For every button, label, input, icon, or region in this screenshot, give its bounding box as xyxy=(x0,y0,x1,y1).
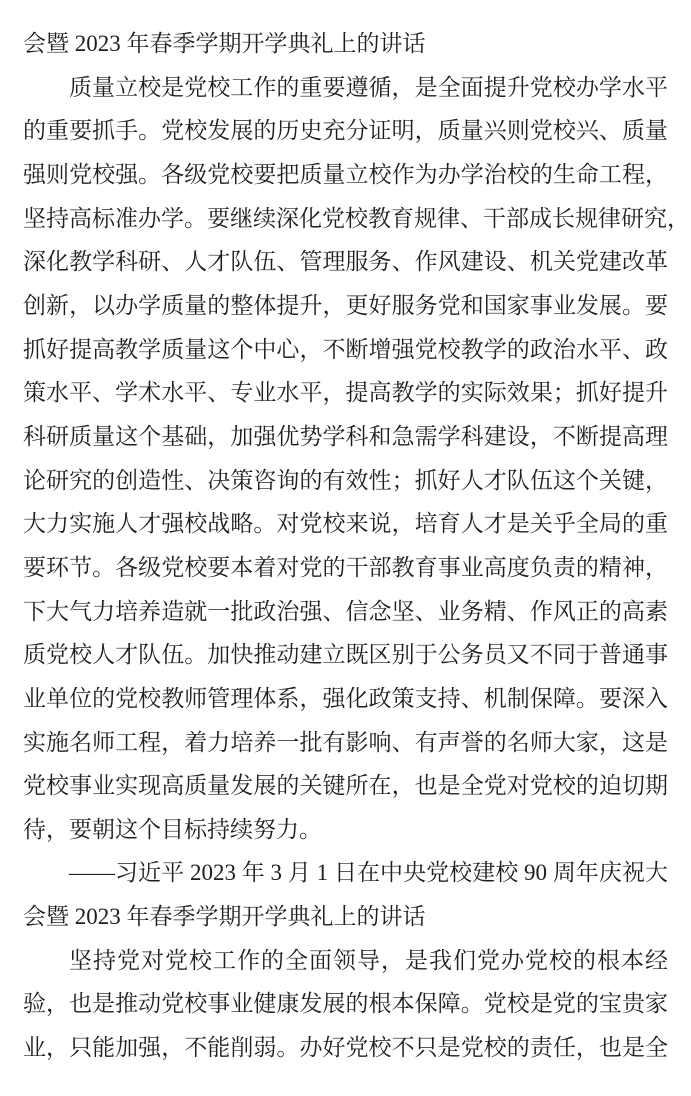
text-line: 会暨 2023 年春季学期开学典礼上的讲话 xyxy=(23,895,668,939)
text-line: 策水平、学术水平、专业水平，提高教学的实际效果；抓好提升 xyxy=(23,371,668,415)
text-line: 抓好提高教学质量这个中心，不断增强党校教学的政治水平、政 xyxy=(23,328,668,372)
text-line: 业，只能加强，不能削弱。办好党校不只是党校的责任，也是全 xyxy=(23,1026,668,1070)
text-line: ——习近平 2023 年 3 月 1 日在中央党校建校 90 周年庆祝大 xyxy=(23,851,668,895)
text-line: 科研质量这个基础，加强优势学科和急需学科建设，不断提高理 xyxy=(23,415,668,459)
text-line: 创新，以办学质量的整体提升，更好服务党和国家事业发展。要 xyxy=(23,284,668,328)
text-line: 坚持党对党校工作的全面领导，是我们党办党校的根本经 xyxy=(23,939,668,983)
text-line: 党校事业实现高质量发展的关键所在，也是全党对党校的迫切期 xyxy=(23,764,668,808)
document-page: 会暨 2023 年春季学期开学典礼上的讲话质量立校是党校工作的重要遵循，是全面提… xyxy=(0,0,691,1096)
text-line: 待，要朝这个目标持续努力。 xyxy=(23,808,668,852)
text-line: 业单位的党校教师管理体系，强化政策支持、机制保障。要深入 xyxy=(23,677,668,721)
text-line: 验，也是推动党校事业健康发展的根本保障。党校是党的宝贵家 xyxy=(23,982,668,1026)
text-line: 要环节。各级党校要本着对党的干部教育事业高度负责的精神， xyxy=(23,546,668,590)
text-line: 坚持高标准办学。要继续深化党校教育规律、干部成长规律研究， xyxy=(23,197,668,241)
text-line: 实施名师工程，着力培养一批有影响、有声誉的名师大家，这是 xyxy=(23,721,668,765)
text-line: 质量立校是党校工作的重要遵循，是全面提升党校办学水平 xyxy=(23,66,668,110)
text-line: 会暨 2023 年春季学期开学典礼上的讲话 xyxy=(23,22,668,66)
text-line: 强则党校强。各级党校要把质量立校作为办学治校的生命工程， xyxy=(23,153,668,197)
text-line: 深化教学科研、人才队伍、管理服务、作风建设、机关党建改革 xyxy=(23,240,668,284)
text-column: 会暨 2023 年春季学期开学典礼上的讲话质量立校是党校工作的重要遵循，是全面提… xyxy=(23,22,668,1070)
text-line: 下大气力培养造就一批政治强、信念坚、业务精、作风正的高素 xyxy=(23,590,668,634)
text-line: 大力实施人才强校战略。对党校来说，培育人才是关乎全局的重 xyxy=(23,502,668,546)
text-line: 质党校人才队伍。加快推动建立既区别于公务员又不同于普通事 xyxy=(23,633,668,677)
text-line: 的重要抓手。党校发展的历史充分证明，质量兴则党校兴、质量 xyxy=(23,109,668,153)
text-line: 论研究的创造性、决策咨询的有效性；抓好人才队伍这个关键， xyxy=(23,459,668,503)
